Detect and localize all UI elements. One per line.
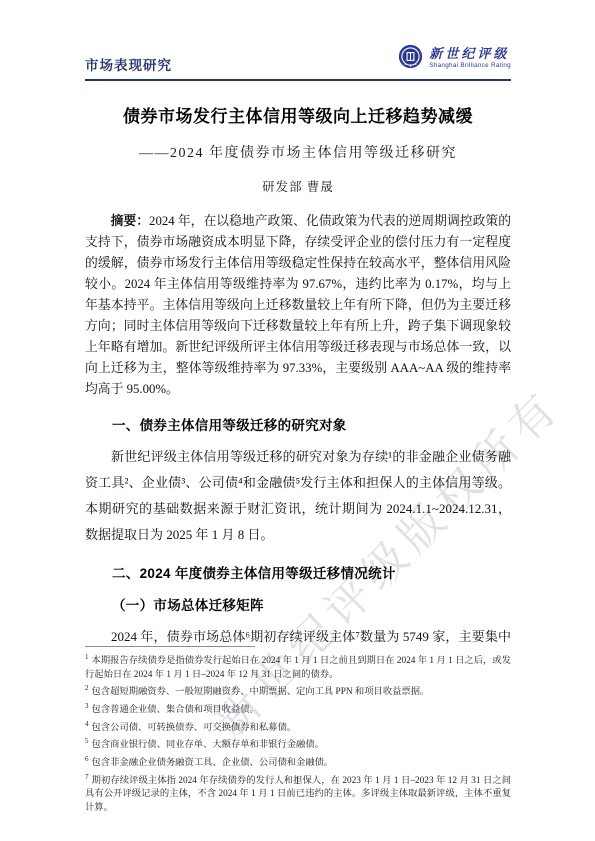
section-2-heading: 二、2024 年度债券主体信用等级迁移情况统计: [85, 562, 511, 582]
brand-logo: 新世纪评级 Shanghai Brilliance Rating: [398, 44, 511, 74]
abstract-text: 2024 年，在以稳地产政策、化债政策为代表的逆周期调控政策的支持下，债券市场融…: [85, 214, 511, 396]
report-title: 债券市场发行主体信用等级向上迁移趋势减缓: [85, 102, 511, 127]
footnote-1-marker: 1: [85, 653, 89, 661]
brilliance-seal-icon: [398, 44, 423, 74]
footnote-1: 1本期报告存续债券是指债券发行起始日在 2024 年 1 月 1 日之前且到期日…: [85, 651, 511, 682]
footnote-3-marker: 3: [85, 702, 89, 710]
footnote-3: 3包含普通企业债、集合债和项目收益债。: [85, 700, 511, 718]
footnote-3-text: 包含普通企业债、集合债和项目收益债。: [92, 705, 259, 715]
page-number: 1: [0, 776, 595, 787]
footnote-5: 5包含商业银行债、同业存单、大额存单和非银行金融债。: [85, 735, 511, 753]
footnote-6: 6包含非金融企业债务融资工具、企业债、公司债和金融债。: [85, 753, 511, 771]
section-2-subheading: （一）市场总体迁移矩阵: [85, 594, 511, 614]
footnote-4: 4包含公司债、可转换债券、可交换债券和私募债。: [85, 718, 511, 736]
abstract-label: 摘要：: [111, 214, 149, 228]
footnote-list: 1本期报告存续债券是指债券发行起始日在 2024 年 1 月 1 日之前且到期日…: [85, 651, 511, 816]
footnote-5-text: 包含商业银行债、同业存单、大额存单和非银行金融债。: [92, 740, 324, 750]
brand-logo-text: 新世纪评级 Shanghai Brilliance Rating: [429, 48, 511, 69]
brand-name-en: Shanghai Brilliance Rating: [429, 63, 511, 70]
footnote-2: 2包含超短期融资券、一般短期融资券、中期票据、定向工具 PPN 和项目收益票据。: [85, 682, 511, 700]
footnote-4-marker: 4: [85, 720, 89, 728]
report-author: 研发部 曹晟: [85, 177, 511, 195]
header-section-label: 市场表现研究: [85, 54, 172, 74]
section-1-paragraph: 新世纪评级主体信用等级迁移的研究对象为存续¹的非金融企业债务融资工具²、企业债³…: [85, 444, 511, 548]
footnote-4-text: 包含公司债、可转换债券、可交换债券和私募债。: [92, 723, 297, 733]
document-body: 债券市场发行主体信用等级向上迁移趋势减缓 ——2024 年度债券市场主体信用等级…: [85, 92, 511, 644]
footnote-separator: [85, 646, 255, 647]
abstract-paragraph: 摘要：2024 年，在以稳地产政策、化债政策为代表的逆周期调控政策的支持下，债券…: [85, 211, 511, 400]
document-page: 新世纪评级版权所有 市场表现研究 新世纪评级 Shanghai Brillian…: [0, 0, 595, 841]
footnote-2-text: 包含超短期融资券、一般短期融资券、中期票据、定向工具 PPN 和项目收益票据。: [92, 687, 430, 697]
footnote-5-marker: 5: [85, 737, 89, 745]
footnote-2-marker: 2: [85, 684, 89, 692]
footnotes-block: 1本期报告存续债券是指债券发行起始日在 2024 年 1 月 1 日之前且到期日…: [85, 646, 511, 816]
brand-name-cn: 新世纪评级: [429, 48, 511, 62]
section-2-paragraph: 2024 年，债券市场总体⁶期初存续评级主体⁷数量为 5749 家，主要集中于 …: [85, 624, 511, 644]
footnote-6-text: 包含非金融企业债务融资工具、企业债、公司债和金融债。: [92, 758, 334, 768]
footnote-1-text: 本期报告存续债券是指债券发行起始日在 2024 年 1 月 1 日之前且到期日在…: [85, 656, 511, 680]
page-header: 市场表现研究 新世纪评级 Shanghai Brilliance Rating: [85, 44, 511, 81]
report-subtitle: ——2024 年度债券市场主体信用等级迁移研究: [85, 142, 511, 162]
section-1-heading: 一、债券主体信用等级迁移的研究对象: [85, 414, 511, 434]
footnote-6-marker: 6: [85, 755, 89, 763]
